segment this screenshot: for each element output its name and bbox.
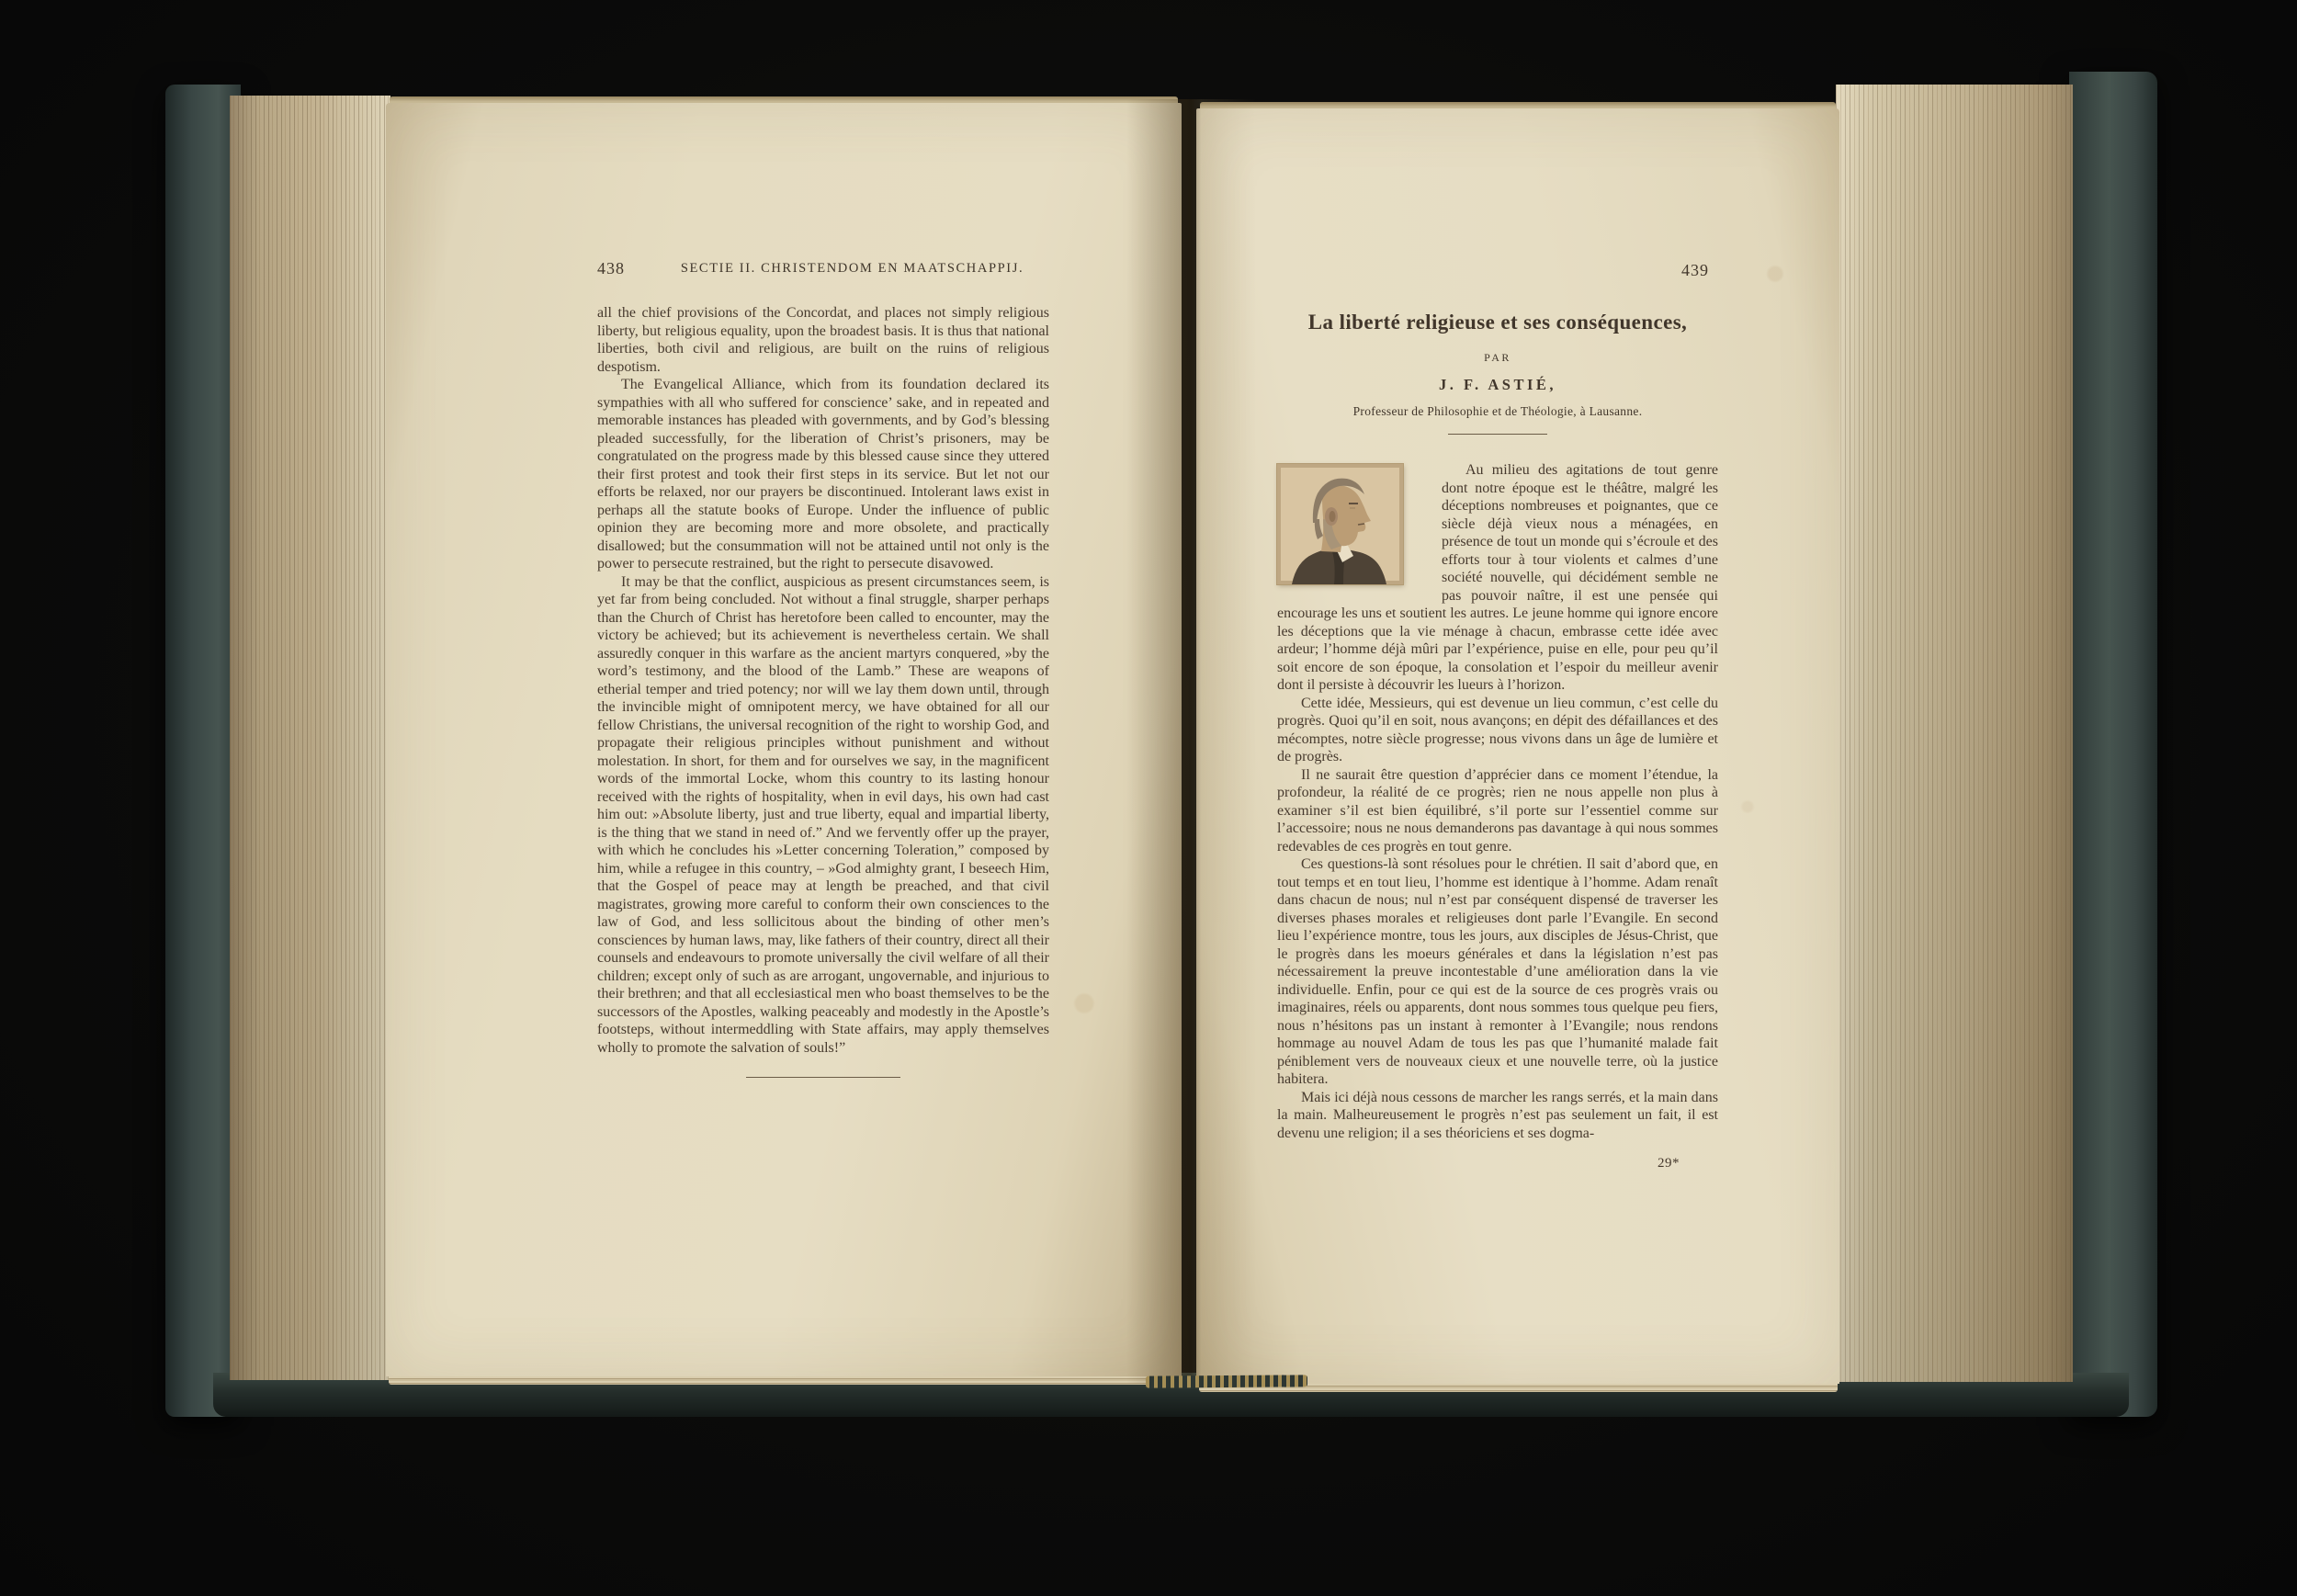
page-fore-edge-left xyxy=(230,96,390,1380)
left-page-text-block: all the chief provisions of the Concorda… xyxy=(597,304,1049,1078)
profile-portrait-icon xyxy=(1277,464,1403,584)
paragraph: It may be that the conflict, auspicious … xyxy=(597,573,1049,1058)
header-rule xyxy=(1448,434,1547,435)
byline-prefix: PAR xyxy=(1277,351,1718,365)
author-portrait-photo-icon xyxy=(1277,464,1403,584)
paragraph: Ces questions-là sont résolues pour le c… xyxy=(1277,855,1718,1089)
article-header: La liberté religieuse et ses conséquence… xyxy=(1277,311,1718,435)
author-name: J. F. ASTIÉ, xyxy=(1277,376,1718,394)
paragraph: The Evangelical Alliance, which from its… xyxy=(597,376,1049,573)
paragraph: Cette idée, Messieurs, qui est devenue u… xyxy=(1277,695,1718,766)
book-cover-right xyxy=(2069,72,2157,1417)
right-page-text-block: Au milieu des agitations de tout genre d… xyxy=(1277,461,1718,1173)
spine-endband xyxy=(1146,1375,1307,1387)
paragraph: Il ne saurait être question d’apprécier … xyxy=(1277,766,1718,856)
paragraph: Mais ici déjà nous cessons de marcher le… xyxy=(1277,1089,1718,1143)
page-number-right: 439 xyxy=(1631,261,1709,280)
signature-mark: 29* xyxy=(1277,1155,1718,1173)
author-affiliation: Professeur de Philosophie et de Théologi… xyxy=(1277,404,1718,419)
paragraph: all the chief provisions of the Concorda… xyxy=(597,304,1049,376)
photo-background: 438 SECTIE II. CHRISTENDOM EN MAATSCHAPP… xyxy=(0,0,2297,1596)
page-number-left: 438 xyxy=(597,259,625,278)
article-title: La liberté religieuse et ses conséquence… xyxy=(1277,311,1718,334)
page-fore-edge-right xyxy=(1836,85,2073,1382)
running-title: SECTIE II. CHRISTENDOM EN MAATSCHAPPIJ. xyxy=(648,261,1057,277)
section-end-rule xyxy=(746,1077,900,1078)
